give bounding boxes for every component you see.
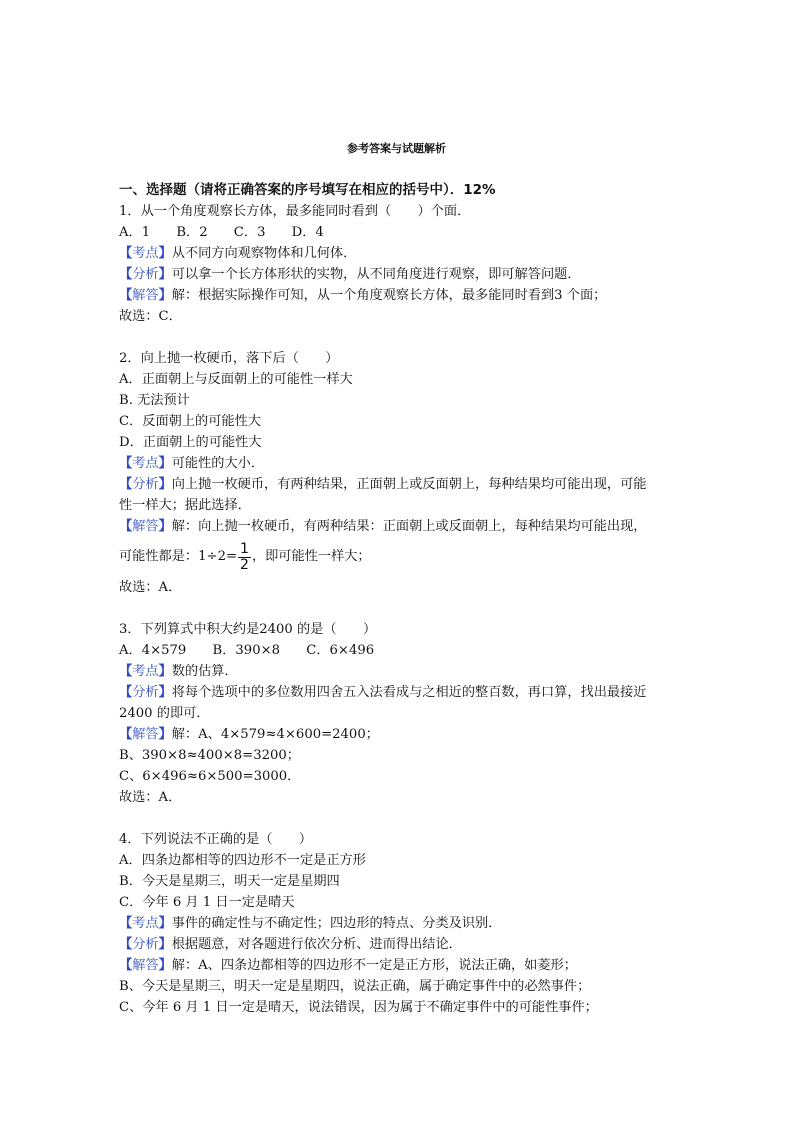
option-a: A．四条边都相等的四边形不一定是正方形: [119, 850, 689, 871]
kaodian-row: 【考点】事件的确定性与不确定性；四边形的特点、分类及识别．: [119, 913, 689, 934]
document-page: 参考答案与试题解析 一、选择题（请将正确答案的序号填写在相应的括号中）．12% …: [0, 0, 793, 1122]
jieda-row: 【解答】解：A、四条边都相等的四边形不一定是正方形，说法正确，如菱形；: [119, 955, 689, 976]
option-d: D．4: [292, 225, 324, 240]
document-title: 参考答案与试题解析: [0, 140, 793, 156]
fraction-row: 可能性都是：1÷2= 1 2 ，即可能性一样大；: [119, 537, 689, 577]
kaodian-label: 【考点】: [119, 456, 172, 471]
option-b: B．今天是星期三，明天一定是星期四: [119, 871, 689, 892]
answer-row: 故选：A．: [119, 577, 689, 598]
fenxi-label: 【分析】: [119, 267, 172, 282]
kaodian-row: 【考点】从不同方向观察物体和几何体．: [119, 243, 689, 264]
jieda-row: 【解答】解：根据实际操作可知，从一个角度观察长方体，最多能同时看到3 个面；: [119, 285, 689, 306]
kaodian-row: 【考点】数的估算．: [119, 661, 689, 682]
fraction: 1 2: [238, 542, 251, 573]
fenxi-label: 【分析】: [119, 685, 172, 700]
section-title: 一、选择题（请将正确答案的序号填写在相应的括号中）．12%: [119, 180, 689, 201]
question-stem: 3．下列算式中积大约是2400 的是（ ）: [119, 619, 689, 640]
fenxi-continuation: 性一样大；据此选择．: [119, 495, 689, 516]
option-a: A．4×579: [119, 643, 186, 658]
option-c: C．6×496: [306, 643, 374, 658]
jieda-row: 【解答】解：向上抛一枚硬币，有两种结果：正面朝上或反面朝上，每种结果均可能出现，: [119, 516, 689, 537]
options-row: A．4×579 B．390×8 C．6×496: [119, 640, 689, 661]
solution-step: C、今年 6 月 1 日一定是晴天，说法错误，因为属于不确定事件中的可能性事件；: [119, 997, 689, 1018]
answer-row: 故选：A．: [119, 787, 689, 808]
question-stem: 4．下列说法不正确的是（ ）: [119, 829, 689, 850]
question-4: 4．下列说法不正确的是（ ） A．四条边都相等的四边形不一定是正方形 B．今天是…: [119, 829, 689, 1018]
fraction-numerator: 1: [238, 542, 251, 558]
option-b: B．2: [176, 225, 207, 240]
option-a: A．1: [119, 225, 150, 240]
option-d: D．正面朝上的可能性大: [119, 432, 689, 453]
option-b: B．390×8: [213, 643, 281, 658]
fenxi-continuation: 2400 的即可．: [119, 703, 689, 724]
fenxi-label: 【分析】: [119, 937, 172, 952]
option-c: C．今年 6 月 1 日一定是晴天: [119, 892, 689, 913]
jieda-label: 【解答】: [119, 519, 172, 534]
fraction-denominator: 2: [238, 558, 251, 573]
question-3: 3．下列算式中积大约是2400 的是（ ） A．4×579 B．390×8 C．…: [119, 619, 689, 808]
answer-row: 故选：C．: [119, 306, 689, 327]
question-2: 2．向上抛一枚硬币，落下后（ ） A．正面朝上与反面朝上的可能性一样大 B. 无…: [119, 348, 689, 598]
fenxi-label: 【分析】: [119, 477, 172, 492]
kaodian-label: 【考点】: [119, 664, 172, 679]
jieda-label: 【解答】: [119, 288, 172, 303]
question-1: 1．从一个角度观察长方体，最多能同时看到（ ）个面． A．1 B．2 C．3 D…: [119, 201, 689, 327]
fenxi-row: 【分析】将每个选项中的多位数用四舍五入法看成与之相近的整百数，再口算，找出最接近: [119, 682, 689, 703]
options-row: A．1 B．2 C．3 D．4: [119, 222, 689, 243]
option-c: C．反面朝上的可能性大: [119, 411, 689, 432]
solution-step: C、6×496≈6×500=3000．: [119, 766, 689, 787]
solution-step: B、390×8≈400×8=3200；: [119, 745, 689, 766]
document-content: 一、选择题（请将正确答案的序号填写在相应的括号中）．12% 1．从一个角度观察长…: [119, 180, 689, 1018]
jieda-label: 【解答】: [119, 958, 172, 973]
option-b: B. 无法预计: [119, 390, 689, 411]
question-stem: 2．向上抛一枚硬币，落下后（ ）: [119, 348, 689, 369]
kaodian-label: 【考点】: [119, 916, 172, 931]
jieda-label: 【解答】: [119, 727, 172, 742]
fenxi-row: 【分析】可以拿一个长方体形状的实物，从不同角度进行观察，即可解答问题．: [119, 264, 689, 285]
fenxi-row: 【分析】根据题意，对各题进行依次分析、进而得出结论．: [119, 934, 689, 955]
jieda-row: 【解答】解：A、4×579≈4×600=2400；: [119, 724, 689, 745]
option-a: A．正面朝上与反面朝上的可能性一样大: [119, 369, 689, 390]
kaodian-label: 【考点】: [119, 246, 172, 261]
option-c: C．3: [234, 225, 266, 240]
solution-step: B、今天是星期三，明天一定是星期四，说法正确，属于确定事件中的必然事件；: [119, 976, 689, 997]
question-stem: 1．从一个角度观察长方体，最多能同时看到（ ）个面．: [119, 201, 689, 222]
kaodian-row: 【考点】可能性的大小．: [119, 453, 689, 474]
fenxi-row: 【分析】向上抛一枚硬币，有两种结果，正面朝上或反面朝上，每种结果均可能出现，可能: [119, 474, 689, 495]
